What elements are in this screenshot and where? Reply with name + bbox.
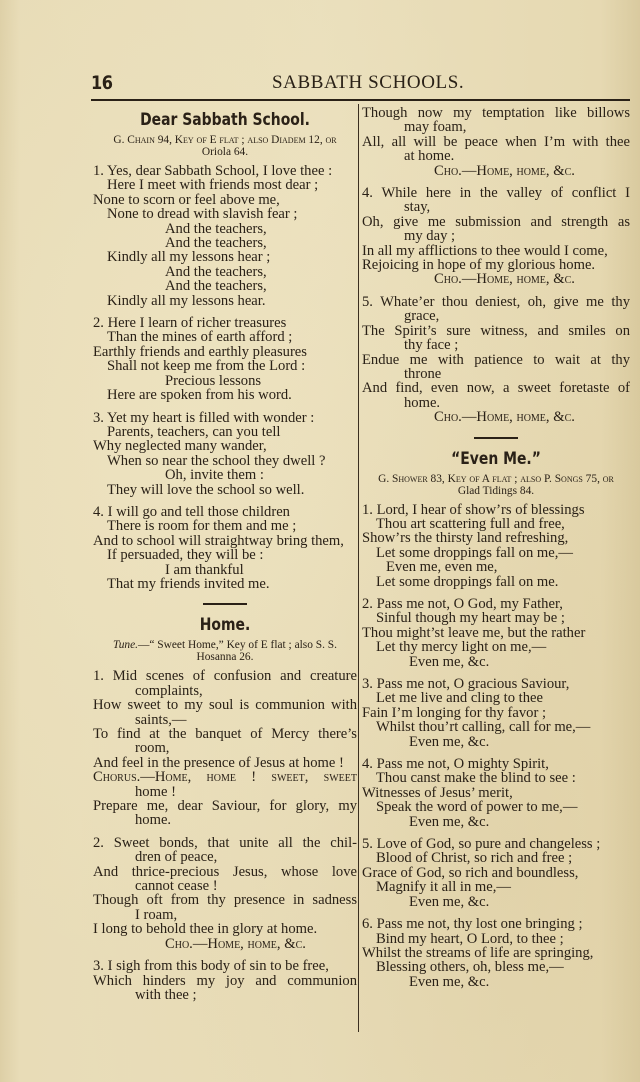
verse-line: That my friends invited me. bbox=[93, 577, 357, 591]
stanza-2: 2. Pass me not, O God, my Father, Sinful… bbox=[362, 597, 630, 669]
verse-line: 2. Here I learn of richer treasures bbox=[93, 316, 357, 330]
verse-line: 1. Lord, I hear of show’rs of blessings bbox=[362, 503, 630, 517]
verse-line: When so near the school they dwell ? bbox=[93, 454, 357, 468]
verse-line: And the teachers, bbox=[93, 279, 357, 293]
verse-line: stay, bbox=[362, 200, 630, 214]
verse-line: None to dread with slavish fear ; bbox=[93, 207, 357, 221]
verse-line: And the teachers, bbox=[93, 265, 357, 279]
verse-line: The Spirit’s sure witness, and smiles on bbox=[362, 324, 630, 338]
verse-line: Let me live and cling to thee bbox=[362, 691, 630, 705]
running-head: SABBATH SCHOOLS. bbox=[272, 72, 464, 94]
left-column: Dear Sabbath School. G. Chain 94, Key of… bbox=[93, 106, 357, 1010]
verse-line: 3. Pass me not, O gracious Saviour, bbox=[362, 677, 630, 691]
stanza-1: 1. Mid scenes of confusion and creature … bbox=[93, 669, 357, 827]
verse-line: Parents, teachers, can you tell bbox=[93, 425, 357, 439]
chorus-line: Cho.—Home, home, &c. bbox=[362, 164, 630, 178]
verse-line: Why neglected many wander, bbox=[93, 439, 357, 453]
hymn-dear-sabbath-school: Dear Sabbath School. G. Chain 94, Key of… bbox=[93, 110, 357, 591]
verse-line: 1. Yes, dear Sabbath School, I love thee… bbox=[93, 164, 357, 178]
verse-line: throne bbox=[362, 367, 630, 381]
verse-line: room, bbox=[93, 741, 357, 755]
stanza-2: 2. Sweet bonds, that unite all the chil-… bbox=[93, 836, 357, 951]
verse-line: 4. Pass me not, O mighty Spirit, bbox=[362, 757, 630, 771]
verse-line: home ! bbox=[93, 785, 357, 799]
verse-line: 2. Sweet bonds, that unite all the chil- bbox=[93, 836, 357, 850]
verse-line: Oh, invite them : bbox=[93, 468, 357, 482]
stanza-4: 4. Pass me not, O mighty Spirit, Thou ca… bbox=[362, 757, 630, 829]
verse-line: at home. bbox=[362, 149, 630, 163]
verse-line: cannot cease ! bbox=[93, 879, 357, 893]
hymn-even-me: “Even Me.” G. Shower 83, Key of A flat ;… bbox=[362, 449, 630, 990]
verse-line: In all my afflictions to thee would I co… bbox=[362, 244, 630, 258]
verse-line: Whilst thou’rt calling, call for me,— bbox=[362, 720, 630, 734]
tune-note: G. Chain 94, Key of E flat ; also Diadem… bbox=[93, 134, 357, 158]
verse-line: Shall not keep me from the Lord : bbox=[93, 359, 357, 373]
stanza-1: 1. Yes, dear Sabbath School, I love thee… bbox=[93, 164, 357, 308]
verse-line: And the teachers, bbox=[93, 222, 357, 236]
verse-line: my day ; bbox=[362, 229, 630, 243]
verse-line: How sweet to my soul is communion with bbox=[93, 698, 357, 712]
verse-line: And to school will straightway bring the… bbox=[93, 534, 357, 548]
verse-line: To find at the banquet of Mercy there’s bbox=[93, 727, 357, 741]
verse-line: dren of peace, bbox=[93, 850, 357, 864]
chorus-line: Cho.—Home, home, &c. bbox=[362, 410, 630, 424]
verse-line: I am thankful bbox=[93, 563, 357, 577]
verse-line: 3. Yet my heart is filled with wonder : bbox=[93, 411, 357, 425]
verse-line: Than the mines of earth afford ; bbox=[93, 330, 357, 344]
chorus-line: Chorus.—Home, home ! sweet, sweet bbox=[93, 770, 357, 784]
column-divider bbox=[358, 104, 359, 1032]
verse-line: thy face ; bbox=[362, 338, 630, 352]
stanza-3: 3. Yet my heart is filled with wonder : … bbox=[93, 411, 357, 497]
section-separator bbox=[474, 437, 518, 439]
right-column: Though now my temptation like billows ma… bbox=[362, 106, 630, 997]
verse-line: Whilst the streams of life are springing… bbox=[362, 946, 630, 960]
verse-line: 5. Love of God, so pure and changeless ; bbox=[362, 837, 630, 851]
verse-line: None to scorn or feel above me, bbox=[93, 193, 357, 207]
stanza-4: 4. I will go and tell those children The… bbox=[93, 505, 357, 591]
verse-line: 6. Pass me not, thy lost one bringing ; bbox=[362, 917, 630, 931]
verse-line: 4. I will go and tell those children bbox=[93, 505, 357, 519]
verse-line: Grace of God, so rich and boundless, bbox=[362, 866, 630, 880]
verse-line: Kindly all my lessons hear ; bbox=[93, 250, 357, 264]
stanza-3-part-2: Though now my temptation like billows ma… bbox=[362, 106, 630, 178]
verse-line: Thou might’st leave me, but the rather bbox=[362, 626, 630, 640]
verse-line: grace, bbox=[362, 309, 630, 323]
stanza-6: 6. Pass me not, thy lost one bringing ; … bbox=[362, 917, 630, 989]
verse-line: Which hinders my joy and communion bbox=[93, 974, 357, 988]
verse-line: home. bbox=[362, 396, 630, 410]
verse-line: Prepare me, dear Saviour, for glory, my bbox=[93, 799, 357, 813]
verse-line: Blood of Christ, so rich and free ; bbox=[362, 851, 630, 865]
verse-line: They will love the school so well. bbox=[93, 483, 357, 497]
verse-line: 5. Whate’er thou deniest, oh, give me th… bbox=[362, 295, 630, 309]
stanza-3: 3. Pass me not, O gracious Saviour, Let … bbox=[362, 677, 630, 749]
verse-line: I roam, bbox=[93, 908, 357, 922]
verse-line: 3. I sigh from this body of sin to be fr… bbox=[93, 959, 357, 973]
verse-line: Speak the word of power to me,— bbox=[362, 800, 630, 814]
verse-line: with thee ; bbox=[93, 988, 357, 1002]
verse-line: All, all will be peace when I’m with the… bbox=[362, 135, 630, 149]
verse-line: Though now my temptation like billows bbox=[362, 106, 630, 120]
verse-line: Though oft from thy presence in sadness bbox=[93, 893, 357, 907]
stanza-5: 5. Whate’er thou deniest, oh, give me th… bbox=[362, 295, 630, 425]
verse-line: Even me, even me, bbox=[362, 560, 630, 574]
verse-line: Even me, &c. bbox=[362, 815, 630, 829]
hymn-title: “Even Me.” bbox=[386, 449, 606, 469]
stanza-2: 2. Here I learn of richer treasures Than… bbox=[93, 316, 357, 402]
verse-line: And find, even now, a sweet foretaste of bbox=[362, 381, 630, 395]
verse-line: If persuaded, they will be : bbox=[93, 548, 357, 562]
tune-note: G. Shower 83, Key of A flat ; also P. So… bbox=[362, 473, 630, 497]
hymn-home-continued: Though now my temptation like billows ma… bbox=[362, 106, 630, 425]
verse-line: There is room for them and me ; bbox=[93, 519, 357, 533]
verse-line: And feel in the presence of Jesus at hom… bbox=[93, 756, 357, 770]
verse-line: Rejoicing in hope of my glorious home. bbox=[362, 258, 630, 272]
verse-line: Endue me with patience to wait at thy bbox=[362, 353, 630, 367]
hymn-title: Home. bbox=[117, 615, 333, 635]
header-rule bbox=[91, 99, 630, 101]
tune-note: Tune.—“ Sweet Home,” Key of E flat ; als… bbox=[93, 639, 357, 663]
hymn-home: Home. Tune.—“ Sweet Home,” Key of E flat… bbox=[93, 615, 357, 1002]
verse-line: Even me, &c. bbox=[362, 895, 630, 909]
verse-line: may foam, bbox=[362, 120, 630, 134]
verse-line: And thrice-precious Jesus, whose love bbox=[93, 865, 357, 879]
section-separator bbox=[203, 603, 247, 605]
verse-line: Even me, &c. bbox=[362, 655, 630, 669]
verse-line: Earthly friends and earthly pleasures bbox=[93, 345, 357, 359]
verse-line: Even me, &c. bbox=[362, 975, 630, 989]
verse-line: Bind my heart, O Lord, to thee ; bbox=[362, 932, 630, 946]
verse-line: 1. Mid scenes of confusion and creature bbox=[93, 669, 357, 683]
verse-line: Let some droppings fall on me. bbox=[362, 575, 630, 589]
chorus-line: Cho.—Home, home, &c. bbox=[93, 937, 357, 951]
verse-line: And the teachers, bbox=[93, 236, 357, 250]
verse-line: I long to behold thee in glory at home. bbox=[93, 922, 357, 936]
chorus-line: Cho.—Home, home, &c. bbox=[362, 272, 630, 286]
verse-line: saints,— bbox=[93, 713, 357, 727]
verse-line: Here are spoken from his word. bbox=[93, 388, 357, 402]
stanza-4: 4. While here in the valley of conflict … bbox=[362, 186, 630, 287]
verse-line: Show’rs the thirsty land refreshing, bbox=[362, 531, 630, 545]
stanza-3-part-1: 3. I sigh from this body of sin to be fr… bbox=[93, 959, 357, 1002]
verse-line: complaints, bbox=[93, 684, 357, 698]
stanza-1: 1. Lord, I hear of show’rs of blessings … bbox=[362, 503, 630, 589]
verse-line: Thou art scattering full and free, bbox=[362, 517, 630, 531]
verse-line: Kindly all my lessons hear. bbox=[93, 294, 357, 308]
verse-line: 2. Pass me not, O God, my Father, bbox=[362, 597, 630, 611]
verse-line: Here I meet with friends most dear ; bbox=[93, 178, 357, 192]
verse-line: Witnesses of Jesus’ merit, bbox=[362, 786, 630, 800]
page-number: 16 bbox=[91, 72, 113, 94]
verse-line: Magnify it all in me,— bbox=[362, 880, 630, 894]
verse-line: Let thy mercy light on me,— bbox=[362, 640, 630, 654]
stanza-5: 5. Love of God, so pure and changeless ;… bbox=[362, 837, 630, 909]
verse-line: Precious lessons bbox=[93, 374, 357, 388]
verse-line: Oh, give me submission and strength as bbox=[362, 215, 630, 229]
verse-line: Sinful though my heart may be ; bbox=[362, 611, 630, 625]
verse-line: Fain I’m longing for thy favor ; bbox=[362, 706, 630, 720]
verse-line: home. bbox=[93, 813, 357, 827]
verse-line: Let some droppings fall on me,— bbox=[362, 546, 630, 560]
verse-line: Even me, &c. bbox=[362, 735, 630, 749]
verse-line: 4. While here in the valley of conflict … bbox=[362, 186, 630, 200]
hymn-title: Dear Sabbath School. bbox=[117, 110, 333, 130]
verse-line: Blessing others, oh, bless me,— bbox=[362, 960, 630, 974]
verse-line: Thou canst make the blind to see : bbox=[362, 771, 630, 785]
